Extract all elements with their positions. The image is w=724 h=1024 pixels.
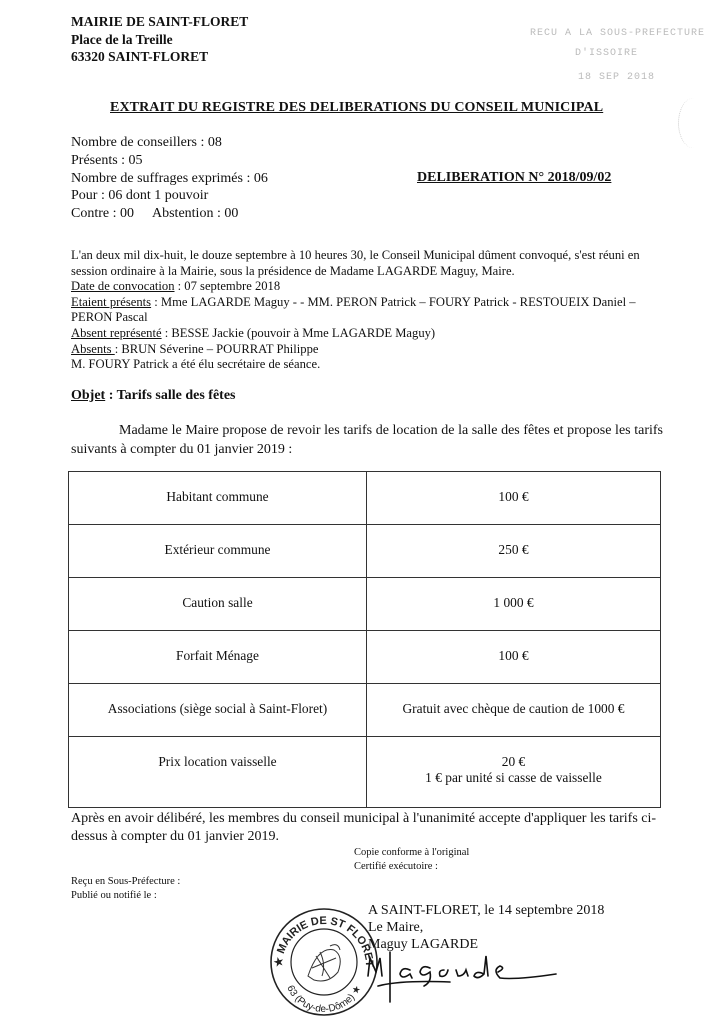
- tarif-value: 1 000 €: [368, 595, 659, 611]
- count-contre-abstention: Contre : 00Abstention : 00: [71, 205, 268, 223]
- count-pour: Pour : 06 dont 1 pouvoir: [71, 187, 268, 205]
- presents-label: Etaient présents: [71, 295, 151, 309]
- tarif-value-cell: 1 000 €: [367, 578, 661, 631]
- proposal-paragraph: Madame le Maire propose de revoir les ta…: [71, 422, 663, 459]
- represented-line: Absent représenté : BESSE Jackie (pouvoi…: [71, 326, 671, 342]
- tarif-value-cell: 20 €1 € par unité si casse de vaisselle: [367, 737, 661, 808]
- reception-stamp-line-2: D'ISSOIRE: [575, 48, 638, 59]
- count-contre: Contre : 00: [71, 206, 134, 221]
- count-abstention: Abstention : 00: [152, 206, 238, 221]
- tarif-label: Extérieur commune: [69, 525, 367, 578]
- tarif-value-cell: 250 €: [367, 525, 661, 578]
- session-intro: L'an deux mil dix-huit, le douze septemb…: [71, 248, 671, 373]
- recu-line-1: Reçu en Sous-Préfecture :: [71, 875, 180, 889]
- tarif-value: 250 €: [368, 542, 659, 558]
- reception-stamp-line-1: RECU A LA SOUS-PREFECTURE: [530, 28, 705, 39]
- count-conseillers: Nombre de conseillers : 08: [71, 134, 268, 152]
- objet-value: : Tarifs salle des fêtes: [105, 388, 235, 403]
- tarif-row: Forfait Ménage100 €: [69, 631, 661, 684]
- objet-label: Objet: [71, 388, 105, 403]
- tarif-note: 1 € par unité si casse de vaisselle: [368, 770, 659, 786]
- absents-label: Absents: [71, 342, 115, 356]
- tarif-value: 100 €: [368, 648, 659, 664]
- copie-conforme: Copie conforme à l'original Certifié exé…: [354, 846, 469, 874]
- tarif-label: Forfait Ménage: [69, 631, 367, 684]
- signature-place-date: A SAINT-FLORET, le 14 septembre 2018: [368, 902, 604, 919]
- tarif-value: Gratuit avec chèque de caution de 1000 €: [368, 701, 659, 717]
- vote-counts: Nombre de conseillers : 08 Présents : 05…: [71, 134, 268, 223]
- convocation-label: Date de convocation: [71, 279, 175, 293]
- convocation-value: : 07 septembre 2018: [175, 279, 281, 293]
- tarif-value-cell: Gratuit avec chèque de caution de 1000 €: [367, 684, 661, 737]
- tarif-row: Associations (siège social à Saint-Flore…: [69, 684, 661, 737]
- recu-line-2: Publié ou notifié le :: [71, 889, 180, 903]
- presents-line: Etaient présents : Mme LAGARDE Maguy - -…: [71, 295, 671, 326]
- reception-stamp-date: 18 SEP 2018: [578, 72, 655, 83]
- tarifs-table: Habitant commune100 €Extérieur commune25…: [68, 471, 661, 808]
- represented-value: : BESSE Jackie (pouvoir à Mme LAGARDE Ma…: [162, 326, 436, 340]
- tarif-label: Prix location vaisselle: [69, 737, 367, 808]
- document-title: EXTRAIT DU REGISTRE DES DELIBERATIONS DU…: [110, 100, 603, 116]
- mairie-name: MAIRIE DE SAINT-FLORET: [71, 13, 248, 31]
- tarif-label: Associations (siège social à Saint-Flore…: [69, 684, 367, 737]
- convocation-line: Date de convocation : 07 septembre 2018: [71, 279, 671, 295]
- tarif-label: Caution salle: [69, 578, 367, 631]
- deliberation-number: DELIBERATION N° 2018/09/02: [417, 170, 611, 186]
- tarif-value: 100 €: [368, 489, 659, 505]
- reception-info: Reçu en Sous-Préfecture : Publié ou noti…: [71, 875, 180, 903]
- mairie-city: 63320 SAINT-FLORET: [71, 48, 248, 66]
- svg-text:63 (Puy-de-Dôme) ★: 63 (Puy-de-Dôme) ★: [284, 984, 364, 1016]
- tarif-value-cell: 100 €: [367, 631, 661, 684]
- tarif-row: Extérieur commune250 €: [69, 525, 661, 578]
- handwritten-signature-icon: [360, 946, 560, 1006]
- tarif-row: Prix location vaisselle20 €1 € par unité…: [69, 737, 661, 808]
- mairie-header: MAIRIE DE SAINT-FLORET Place de la Treil…: [71, 13, 248, 66]
- tarif-label: Habitant commune: [69, 472, 367, 525]
- count-presents: Présents : 05: [71, 152, 268, 170]
- secretary-line: M. FOURY Patrick a été élu secrétaire de…: [71, 357, 671, 373]
- faint-stamp-mark: [678, 98, 709, 148]
- tarif-value-cell: 100 €: [367, 472, 661, 525]
- tarif-value: 20 €: [368, 754, 659, 770]
- represented-label: Absent représenté: [71, 326, 162, 340]
- copie-line-2: Certifié exécutoire :: [354, 860, 469, 874]
- signature-role: Le Maire,: [368, 919, 604, 936]
- objet-line: Objet : Tarifs salle des fêtes: [71, 388, 235, 404]
- conclusion-paragraph: Après en avoir délibéré, les membres du …: [71, 810, 671, 846]
- session-opening: L'an deux mil dix-huit, le douze septemb…: [71, 248, 671, 279]
- absents-value: : BRUN Séverine – POURRAT Philippe: [115, 342, 319, 356]
- count-suffrages: Nombre de suffrages exprimés : 06: [71, 170, 268, 188]
- tarif-row: Caution salle1 000 €: [69, 578, 661, 631]
- absents-line: Absents : BRUN Séverine – POURRAT Philip…: [71, 342, 671, 358]
- copie-line-1: Copie conforme à l'original: [354, 846, 469, 860]
- mairie-street: Place de la Treille: [71, 31, 248, 49]
- presents-value: : Mme LAGARDE Maguy - - MM. PERON Patric…: [71, 295, 636, 325]
- tarif-row: Habitant commune100 €: [69, 472, 661, 525]
- seal-bottom-text: 63 (Puy-de-Dôme) ★: [284, 984, 364, 1016]
